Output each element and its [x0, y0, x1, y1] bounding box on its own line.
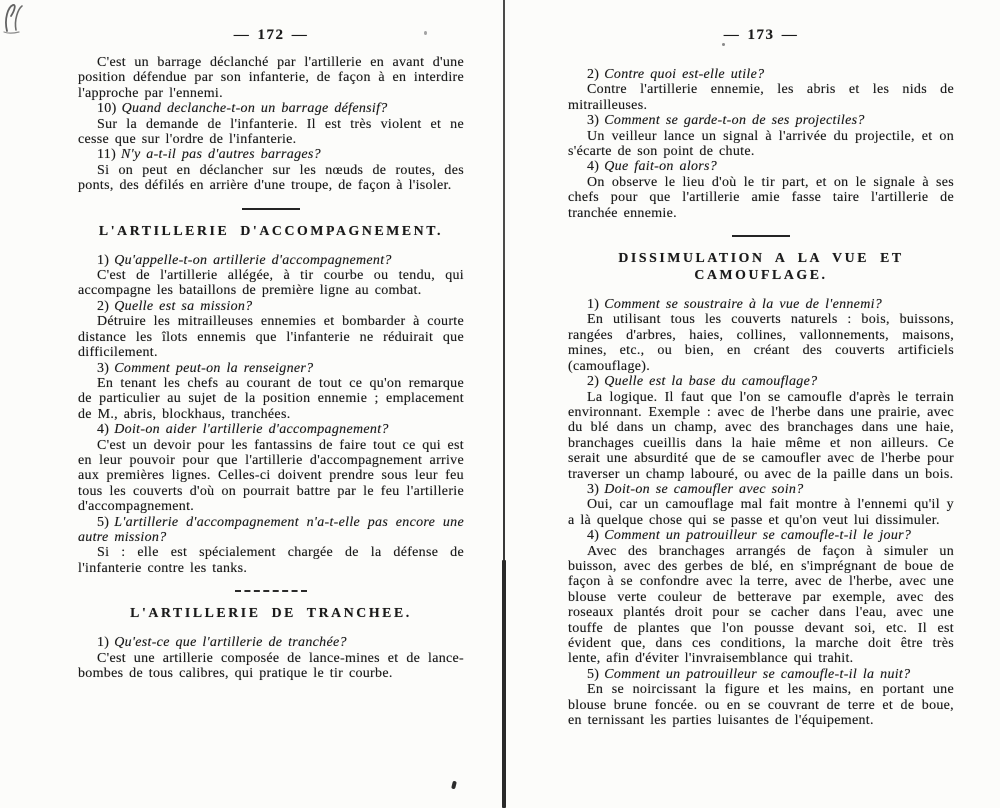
question-line: 5)L'artillerie d'accompagnement n'a-t-el… [78, 515, 464, 546]
answer-paragraph: En utilisant tous les couverts naturels … [568, 312, 954, 374]
question-line: 4)Doit-on aider l'artillerie d'accompagn… [78, 422, 464, 437]
gutter-segment [503, 0, 504, 270]
section-title: DISSIMULATION A LA VUE ET CAMOUFLAGE. [568, 249, 954, 283]
question-number: 5) [587, 667, 599, 682]
question-number: 10) [97, 101, 117, 116]
answer-paragraph: Détruire les mitrailleuses ennemies et b… [78, 314, 464, 360]
section-title: L'ARTILLERIE DE TRANCHEE. [78, 604, 464, 621]
section-divider [732, 235, 790, 237]
section-divider [235, 590, 307, 592]
question-text: Qu'est-ce que l'artillerie de tranchée? [114, 635, 347, 650]
question-text: Quelle est sa mission? [114, 299, 252, 314]
answer-paragraph: Avec des branchages arrangés de façon à … [568, 544, 954, 667]
question-number: 3) [587, 482, 599, 497]
question-line: 4)Que fait-on alors? [568, 159, 954, 174]
gutter-segment [503, 270, 505, 560]
question-text: Doit-on se camoufler avec soin? [604, 482, 803, 497]
answer-paragraph: En se noircissant la figure et les mains… [568, 682, 954, 728]
question-number: 1) [97, 253, 109, 268]
question-line: 2)Quelle est sa mission? [78, 299, 464, 314]
answer-paragraph: Un veilleur lance un signal à l'arrivée … [568, 129, 954, 160]
question-text: Contre quoi est-elle utile? [604, 67, 764, 82]
answer-paragraph: On observe le lieu d'où le tir part, et … [568, 175, 954, 221]
page-173: — 173 — 2)Contre quoi est-elle utile? Co… [568, 0, 954, 728]
question-text: Doit-on aider l'artillerie d'accompagnem… [114, 422, 388, 437]
question-number: 4) [587, 528, 599, 543]
question-text: N'y a-t-il pas d'autres barrages? [121, 147, 321, 162]
section-title: L'ARTILLERIE D'ACCOMPAGNEMENT. [78, 222, 464, 239]
answer-paragraph: La logique. Il faut que l'on se camoufle… [568, 390, 954, 482]
question-number: 2) [97, 299, 109, 314]
question-text: Quand declanche-t-on un barrage défensif… [122, 101, 388, 116]
page-number: — 173 — [568, 27, 954, 43]
page-number: — 172 — [78, 27, 464, 43]
question-line: 1)Qu'appelle-t-on artillerie d'accompagn… [78, 253, 464, 268]
question-number: 1) [97, 635, 109, 650]
page-172: — 172 — C'est un barrage déclanché par l… [78, 0, 464, 681]
question-line: 3)Comment se garde-t-on de ses projectil… [568, 113, 954, 128]
question-line: 1)Qu'est-ce que l'artillerie de tranchée… [78, 635, 464, 650]
question-text: L'artillerie d'accompagnement n'a-t-elle… [78, 515, 464, 545]
section-divider [242, 208, 300, 210]
question-text: Qu'appelle-t-on artillerie d'accompagnem… [114, 253, 391, 268]
question-number: 2) [587, 374, 599, 389]
gutter-segment [502, 560, 505, 808]
question-line: 3)Doit-on se camoufler avec soin? [568, 482, 954, 497]
question-number: 2) [587, 67, 599, 82]
question-text: Comment un patrouilleur se camoufle-t-il… [604, 667, 910, 682]
scan-speck [451, 781, 457, 790]
answer-paragraph: Sur la demande de l'infanterie. Il est t… [78, 117, 464, 148]
question-number: 3) [587, 113, 599, 128]
question-number: 4) [587, 159, 599, 174]
question-line: 2)Contre quoi est-elle utile? [568, 67, 954, 82]
book-spread: — 172 — C'est un barrage déclanché par l… [0, 0, 1000, 808]
answer-paragraph: C'est un devoir pour les fantassins de f… [78, 438, 464, 515]
answer-paragraph: Oui, car un camouflage mal fait montre à… [568, 497, 954, 528]
question-line: 3)Comment peut-on la renseigner? [78, 361, 464, 376]
question-number: 3) [97, 361, 109, 376]
answer-paragraph: En tenant les chefs au courant de tout c… [78, 376, 464, 422]
answer-paragraph: Si on peut en déclancher sur les nœuds d… [78, 163, 464, 194]
question-number: 11) [97, 147, 116, 162]
question-text: Quelle est la base du camouflage? [604, 374, 817, 389]
question-text: Comment peut-on la renseigner? [114, 361, 313, 376]
question-line: 5)Comment un patrouilleur se camoufle-t-… [568, 667, 954, 682]
handwritten-mark [1, 1, 31, 35]
answer-paragraph: C'est de l'artillerie allégée, à tir cou… [78, 268, 464, 299]
question-text: Comment se soustraire à la vue de l'enne… [604, 297, 882, 312]
question-number: 1) [587, 297, 599, 312]
page-gutter-shadow [502, 0, 507, 808]
question-text: Comment un patrouilleur se camoufle-t-il… [604, 528, 911, 543]
answer-paragraph: Contre l'artillerie ennemie, les abris e… [568, 82, 954, 113]
question-line: 2)Quelle est la base du camouflage? [568, 374, 954, 389]
question-text: Que fait-on alors? [604, 159, 717, 174]
question-text: Comment se garde-t-on de ses projectiles… [604, 113, 864, 128]
answer-paragraph: Si : elle est spécialement chargée de la… [78, 545, 464, 576]
question-number: 4) [97, 422, 109, 437]
question-line: 11)N'y a-t-il pas d'autres barrages? [78, 147, 464, 162]
question-line: 4)Comment un patrouilleur se camoufle-t-… [568, 528, 954, 543]
answer-paragraph: C'est une artillerie composée de lance-m… [78, 651, 464, 682]
question-line: 10)Quand declanche-t-on un barrage défen… [78, 101, 464, 116]
question-line: 1)Comment se soustraire à la vue de l'en… [568, 297, 954, 312]
question-number: 5) [97, 515, 109, 530]
answer-paragraph: C'est un barrage déclanché par l'artille… [78, 55, 464, 101]
